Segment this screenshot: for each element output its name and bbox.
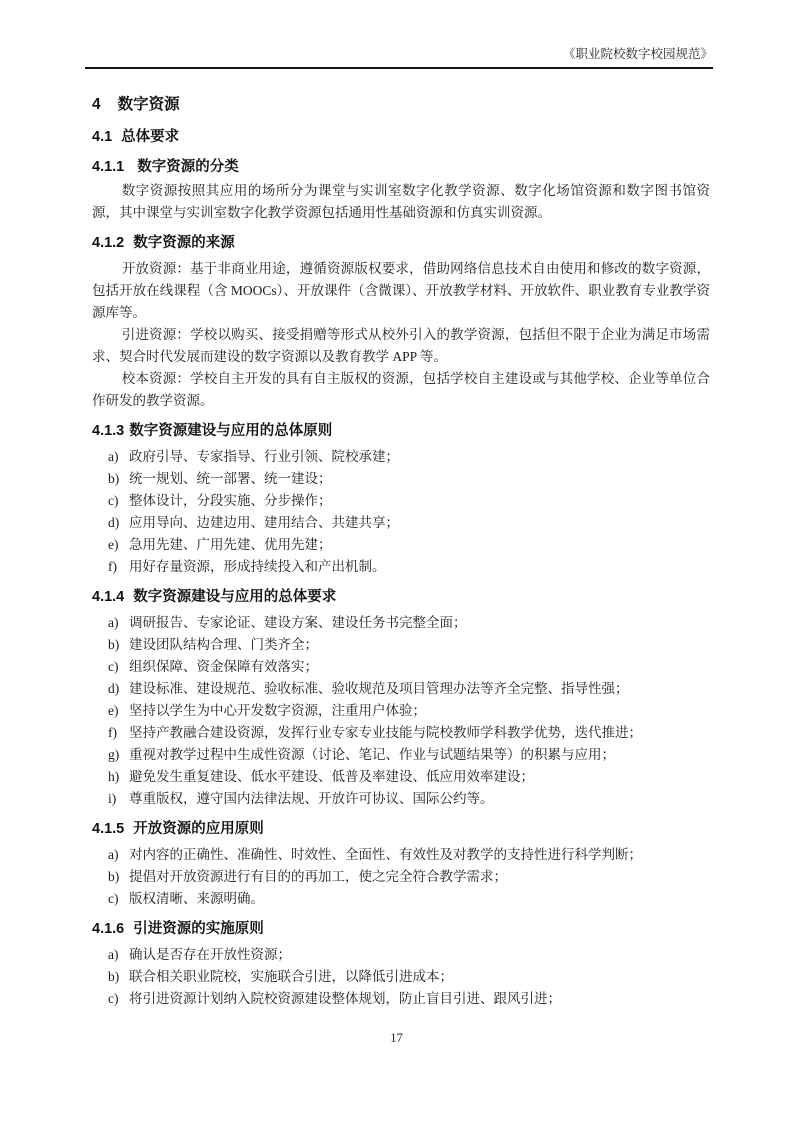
heading-title: 数字资源建设与应用的总体要求 <box>133 589 336 605</box>
list-item: a)政府引导、专家指导、行业引领、院校承建； <box>92 446 710 468</box>
heading-title: 引进资源的实施原则 <box>133 921 264 937</box>
list-item-marker: e) <box>108 700 129 722</box>
heading-number: 4.1.2 <box>92 235 124 251</box>
list-item-text: 急用先建、广用先建、优用先建； <box>129 537 332 552</box>
list-item: a)对内容的正确性、准确性、时效性、全面性、有效性及对教学的支持性进行科学判断； <box>92 844 710 866</box>
paragraph-open-resources: 开放资源：基于非商业用途，遵循资源版权要求，借助网络信息技术自由使用和修改的数字… <box>92 258 710 324</box>
list-item-text: 统一规划、统一部署、统一建设； <box>129 471 332 486</box>
list-item-marker: b) <box>108 468 129 490</box>
list-item-text: 确认是否存在开放性资源； <box>129 947 291 962</box>
list-item-text: 政府引导、专家指导、行业引领、院校承建； <box>129 449 399 464</box>
heading-number: 4 <box>92 96 101 113</box>
list-item-text: 避免发生重复建设、低水平建设、低普及率建设、低应用效率建设； <box>129 769 534 784</box>
list-item: f)用好存量资源，形成持续投入和产出机制。 <box>92 556 710 578</box>
list-item: i)尊重版权，遵守国内法律法规、开放许可协议、国际公约等。 <box>92 788 710 810</box>
list-item: e)坚持以学生为中心开发数字资源，注重用户体验； <box>92 700 710 722</box>
list-item: d)建设标准、建设规范、验收标准、验收规范及项目管理办法等齐全完整、指导性强； <box>92 678 710 700</box>
page-number: 17 <box>390 1031 403 1045</box>
heading-4-1-1: 4.1.1数字资源的分类 <box>92 156 710 178</box>
list-item-marker: e) <box>108 534 129 556</box>
list-item-text: 对内容的正确性、准确性、时效性、全面性、有效性及对教学的支持性进行科学判断； <box>129 847 642 862</box>
list-item-marker: g) <box>108 744 129 766</box>
list-item-text: 组织保障、资金保障有效落实； <box>129 659 318 674</box>
list-item: c)整体设计，分段实施、分步操作； <box>92 490 710 512</box>
list-item-marker: f) <box>108 556 129 578</box>
list-item-text: 整体设计，分段实施、分步操作； <box>129 493 332 508</box>
list-item-text: 版权清晰、来源明确。 <box>129 891 264 906</box>
paragraph-imported-resources: 引进资源：学校以购买、接受捐赠等形式从校外引入的教学资源，包括但不限于企业为满足… <box>92 324 710 368</box>
paragraph-school-resources: 校本资源：学校自主开发的具有自主版权的资源，包括学校自主建设或与其他学校、企业等… <box>92 368 710 412</box>
list-item-marker: h) <box>108 766 129 788</box>
list-item-marker: c) <box>108 888 129 910</box>
heading-4-1-6: 4.1.6引进资源的实施原则 <box>92 918 710 940</box>
list-4-1-4: a)调研报告、专家论证、建设方案、建设任务书完整全面； b)建设团队结构合理、门… <box>92 612 710 810</box>
list-item: a)确认是否存在开放性资源； <box>92 944 710 966</box>
list-item-marker: a) <box>108 446 129 468</box>
list-item-marker: b) <box>108 966 129 988</box>
list-item-text: 重视对教学过程中生成性资源（讨论、笔记、作业与试题结果等）的积累与应用； <box>129 747 615 762</box>
list-item-marker: i) <box>108 788 129 810</box>
heading-number: 4.1.5 <box>92 821 124 837</box>
heading-4-1-5: 4.1.5开放资源的应用原则 <box>92 818 710 840</box>
heading-title: 开放资源的应用原则 <box>133 821 264 837</box>
list-item: e)急用先建、广用先建、优用先建； <box>92 534 710 556</box>
heading-title: 数字资源的来源 <box>133 235 235 251</box>
list-item-text: 应用导向、边建边用、建用结合、共建共享； <box>129 515 399 530</box>
list-item-marker: b) <box>108 866 129 888</box>
heading-title: 数字资源 <box>118 96 180 113</box>
list-item-marker: c) <box>108 490 129 512</box>
list-item: b)统一规划、统一部署、统一建设； <box>92 468 710 490</box>
heading-section-4-1: 4.1总体要求 <box>92 126 710 148</box>
heading-4-1-2: 4.1.2数字资源的来源 <box>92 232 710 254</box>
heading-number: 4.1.1 <box>92 159 124 175</box>
heading-number: 4.1.6 <box>92 921 124 937</box>
list-item: b)建设团队结构合理、门类齐全； <box>92 634 710 656</box>
heading-title: 数字资源建设与应用的总体原则 <box>129 423 332 439</box>
list-item-marker: d) <box>108 512 129 534</box>
list-4-1-6: a)确认是否存在开放性资源； b)联合相关职业院校，实施联合引进，以降低引进成本… <box>92 944 710 1010</box>
list-item-text: 坚持以学生为中心开发数字资源，注重用户体验； <box>129 703 426 718</box>
list-item: b)联合相关职业院校，实施联合引进，以降低引进成本； <box>92 966 710 988</box>
list-4-1-5: a)对内容的正确性、准确性、时效性、全面性、有效性及对教学的支持性进行科学判断；… <box>92 844 710 910</box>
list-item: c)将引进资源计划纳入院校资源建设整体规划，防止盲目引进、跟风引进； <box>92 988 710 1010</box>
list-item: h)避免发生重复建设、低水平建设、低普及率建设、低应用效率建设； <box>92 766 710 788</box>
list-item: a)调研报告、专家论证、建设方案、建设任务书完整全面； <box>92 612 710 634</box>
document-page: 《职业院校数字校园规范》 4数字资源 4.1总体要求 4.1.1数字资源的分类 … <box>0 0 793 1122</box>
heading-title: 数字资源的分类 <box>137 159 239 175</box>
list-item-text: 用好存量资源，形成持续投入和产出机制。 <box>129 559 386 574</box>
header-title: 《职业院校数字校园规范》 <box>85 46 713 62</box>
page-footer: 17 <box>0 1031 793 1046</box>
heading-number: 4.1 <box>92 129 112 145</box>
list-item-marker: f) <box>108 722 129 744</box>
list-item: f)坚持产教融合建设资源，发挥行业专家专业技能与院校教师学科教学优势，迭代推进； <box>92 722 710 744</box>
list-item-marker: a) <box>108 844 129 866</box>
list-item-text: 尊重版权，遵守国内法律法规、开放许可协议、国际公约等。 <box>129 791 494 806</box>
paragraph-group: 开放资源：基于非商业用途，遵循资源版权要求，借助网络信息技术自由使用和修改的数字… <box>92 258 710 412</box>
page-header: 《职业院校数字校园规范》 <box>85 0 713 69</box>
list-4-1-3: a)政府引导、专家指导、行业引领、院校承建； b)统一规划、统一部署、统一建设；… <box>92 446 710 578</box>
heading-4-1-4: 4.1.4数字资源建设与应用的总体要求 <box>92 586 710 608</box>
list-item: d)应用导向、边建边用、建用结合、共建共享； <box>92 512 710 534</box>
list-item-text: 联合相关职业院校，实施联合引进，以降低引进成本； <box>129 969 453 984</box>
document-content: 4数字资源 4.1总体要求 4.1.1数字资源的分类 数字资源按照其应用的场所分… <box>92 94 710 1010</box>
list-item: c)组织保障、资金保障有效落实； <box>92 656 710 678</box>
list-item-marker: d) <box>108 678 129 700</box>
list-item-marker: c) <box>108 988 129 1010</box>
heading-chapter-4: 4数字资源 <box>92 94 710 116</box>
list-item-marker: a) <box>108 944 129 966</box>
list-item-marker: a) <box>108 612 129 634</box>
heading-number: 4.1.4 <box>92 589 124 605</box>
list-item-marker: c) <box>108 656 129 678</box>
list-item-text: 调研报告、专家论证、建设方案、建设任务书完整全面； <box>129 615 467 630</box>
heading-number: 4.1.3 <box>92 423 124 439</box>
paragraph: 数字资源按照其应用的场所分为课堂与实训室数字化教学资源、数字化场馆资源和数字图书… <box>92 180 710 224</box>
list-item-text: 将引进资源计划纳入院校资源建设整体规划，防止盲目引进、跟风引进； <box>129 991 561 1006</box>
list-item-text: 建设团队结构合理、门类齐全； <box>129 637 318 652</box>
list-item-text: 建设标准、建设规范、验收标准、验收规范及项目管理办法等齐全完整、指导性强； <box>129 681 629 696</box>
list-item: g)重视对教学过程中生成性资源（讨论、笔记、作业与试题结果等）的积累与应用； <box>92 744 710 766</box>
list-item: c)版权清晰、来源明确。 <box>92 888 710 910</box>
list-item-text: 提倡对开放资源进行有目的的再加工，使之完全符合教学需求； <box>129 869 507 884</box>
list-item-text: 坚持产教融合建设资源，发挥行业专家专业技能与院校教师学科教学优势，迭代推进； <box>129 725 642 740</box>
list-item-marker: b) <box>108 634 129 656</box>
heading-4-1-3: 4.1.3数字资源建设与应用的总体原则 <box>92 420 710 442</box>
list-item: b)提倡对开放资源进行有目的的再加工，使之完全符合教学需求； <box>92 866 710 888</box>
heading-title: 总体要求 <box>121 129 179 145</box>
